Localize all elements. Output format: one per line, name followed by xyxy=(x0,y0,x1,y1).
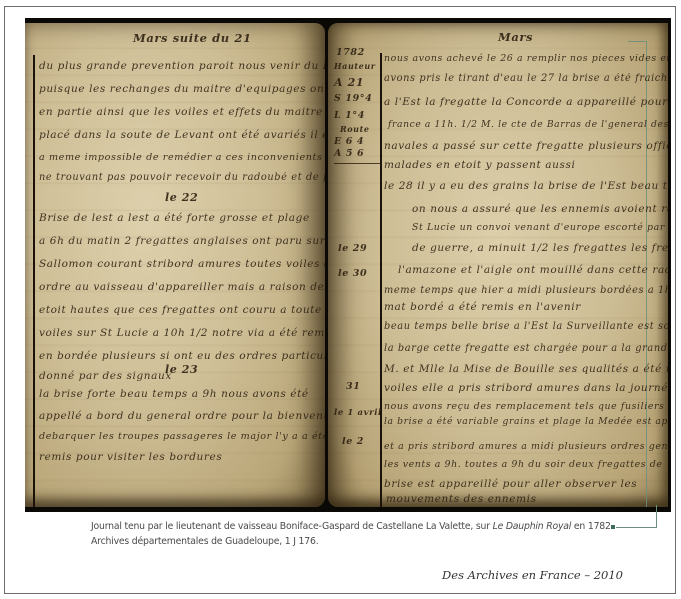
handwritten-line: a l'Est la fregatte la Concorde a appare… xyxy=(384,96,668,108)
caption-leader-line xyxy=(616,527,657,528)
right-page-heading: Mars xyxy=(498,30,533,44)
handwritten-line: nous avons achevé le 26 a remplir nos pi… xyxy=(384,53,668,64)
date-heading: le 22 xyxy=(165,191,198,204)
left-margin-rule xyxy=(33,55,35,507)
handwritten-line: malades en etoit y passent aussi xyxy=(384,159,575,171)
handwritten-line: M. et Mlle la Mise de Bouille ses qualit… xyxy=(384,363,668,375)
handwritten-line: on nous a assuré que les ennemis avoient… xyxy=(412,203,668,215)
pencil-guide-line xyxy=(628,41,647,42)
handwritten-line: voiles sur St Lucie a 10h 1/2 notre via … xyxy=(39,327,325,339)
ship-name: Le Dauphin Royal xyxy=(493,521,572,532)
handwritten-line: placé dans la soute de Levant ont été av… xyxy=(39,129,325,141)
handwritten-line: debarquer les troupes passageres le majo… xyxy=(39,431,325,442)
handwritten-line: france a 11h. 1/2 M. le cte de Barras de… xyxy=(388,119,668,130)
margin-note: A 5 6 xyxy=(334,148,364,159)
margin-date: 31 xyxy=(346,381,360,392)
handwritten-line: beau temps belle brise a l'Est la Survei… xyxy=(384,321,668,332)
handwritten-line: la barge cette fregatte est chargée pour… xyxy=(384,343,668,354)
handwritten-line: et a pris stribord amures a midi plusieu… xyxy=(384,441,668,452)
margin-note: A 21 xyxy=(334,76,364,89)
handwritten-line: donné par des signaux xyxy=(39,370,172,382)
handwritten-line: brise est appareillé pour aller observer… xyxy=(384,478,637,490)
margin-note: S 19°4 xyxy=(334,93,372,104)
left-page: Mars suite du 21 du plus grande preventi… xyxy=(25,23,325,507)
handwritten-line: Sallomon courant stribord amures toutes … xyxy=(39,258,325,270)
caption-line-2: Archives départementales de Guadeloupe, … xyxy=(91,534,651,549)
margin-date: le 2 xyxy=(342,436,364,447)
handwritten-line: etoit hautes que ces fregattes ont couru… xyxy=(39,304,322,316)
handwritten-line: la brise forte beau temps a 9h nous avon… xyxy=(39,388,309,400)
date-heading: le 23 xyxy=(165,363,198,376)
handwritten-line: navales a passé sur cette fregatte plusi… xyxy=(384,140,668,152)
margin-table-rule xyxy=(334,163,382,164)
caption-line-1: Journal tenu par le lieutenant de vaisse… xyxy=(91,519,651,534)
margin-note: L 1°4 xyxy=(334,110,365,121)
margin-date: le 30 xyxy=(338,268,367,279)
margin-note: 1782 xyxy=(336,47,365,58)
left-page-heading: Mars suite du 21 xyxy=(133,31,252,45)
margin-note: Route xyxy=(340,124,370,134)
handwritten-line: ne trouvant pas pouvoir recevoir du rado… xyxy=(39,172,325,183)
margin-note: E 6 4 xyxy=(334,136,364,147)
caption-marker-icon xyxy=(611,525,615,529)
figure-caption: Journal tenu par le lieutenant de vaisse… xyxy=(91,519,651,549)
handwritten-line: mouvements des ennemis xyxy=(386,493,537,505)
caption-leader-line xyxy=(656,505,657,528)
manuscript-photo: Mars suite du 21 du plus grande preventi… xyxy=(25,18,671,512)
handwritten-line: l'amazone et l'aigle ont mouillé dans ce… xyxy=(398,264,668,276)
handwritten-line: appellé a bord du general ordre pour la … xyxy=(39,410,325,422)
handwritten-line: en bordée plusieurs si ont eu des ordres… xyxy=(39,350,325,362)
handwritten-line: puisque les rechanges du maitre d'equipa… xyxy=(39,83,325,95)
handwritten-line: avons pris le tirant d'eau le 27 la bris… xyxy=(384,73,668,84)
handwritten-line: mat bordé a été remis en l'avenir xyxy=(384,301,581,313)
handwritten-line: de guerre, a minuit 1/2 les fregattes le… xyxy=(412,242,668,254)
handwritten-line: les vents a 9h. toutes a 9h du soir deux… xyxy=(384,459,663,470)
handwritten-line: le 28 il y a eu des grains la brise de l… xyxy=(384,180,668,192)
handwritten-line: a meme impossible de remédier a ces inco… xyxy=(39,152,325,163)
right-page: Mars 1782 Hauteur A 21 S 19°4 L 1°4 Rout… xyxy=(328,23,668,507)
margin-note: Hauteur xyxy=(334,61,376,71)
handwritten-line: remis pour visiter les bordures xyxy=(39,451,222,463)
handwritten-line: voiles elle a pris stribord amures dans … xyxy=(384,382,668,394)
handwritten-line: la brise a été variable grains et plage … xyxy=(384,416,668,427)
handwritten-line: en partie ainsi que les voiles et effets… xyxy=(39,106,325,118)
handwritten-line: a 6h du matin 2 fregattes anglaises ont … xyxy=(39,235,325,247)
publication-footer: Des Archives en France – 2010 xyxy=(442,568,623,582)
margin-date: le 29 xyxy=(338,243,367,254)
right-margin-rule xyxy=(380,53,382,507)
margin-date: le 1 avril xyxy=(334,408,382,418)
handwritten-line: meme temps que hier a midi plusieurs bor… xyxy=(384,285,668,296)
handwritten-line: ordre au vaisseau d'appareiller mais a r… xyxy=(39,281,325,293)
handwritten-line: nous avons reçu des remplacement tels qu… xyxy=(384,401,668,412)
handwritten-line: St Lucie un convoi venant d'europe escor… xyxy=(412,222,668,233)
handwritten-line: Brise de lest a lest a été forte grosse … xyxy=(39,212,310,224)
handwritten-line: du plus grande prevention paroit nous ve… xyxy=(39,60,325,72)
